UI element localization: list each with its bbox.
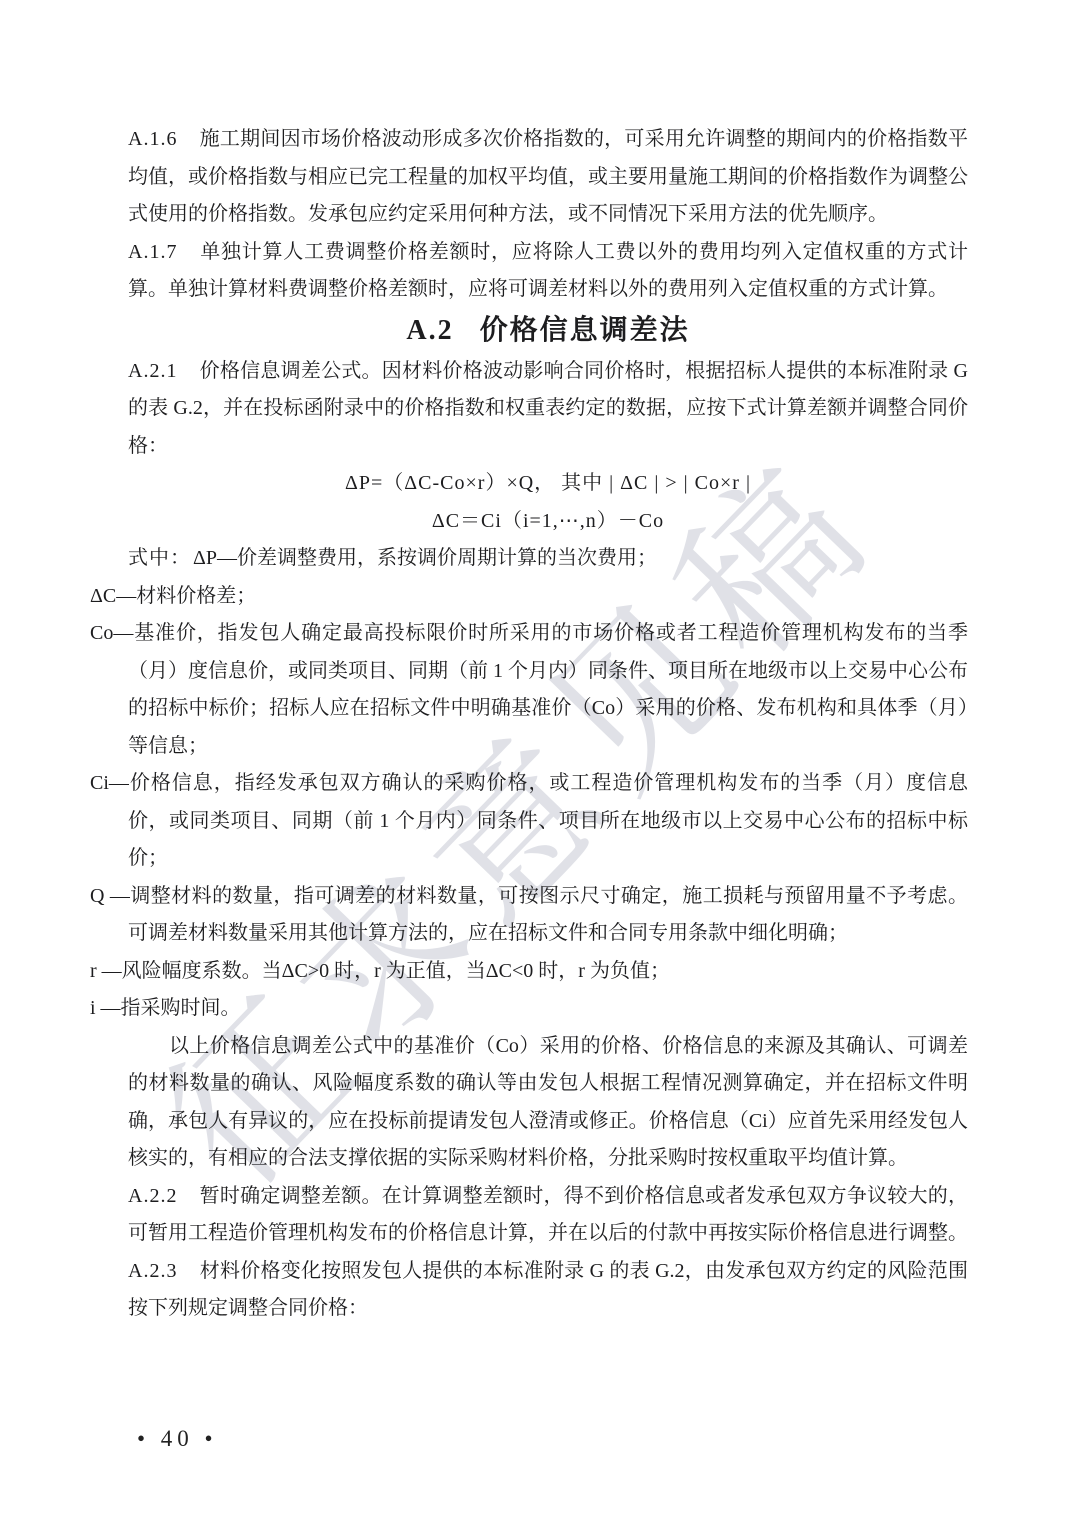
paragraph-confirmation: 以上价格信息调差公式中的基准价（Co）采用的价格、价格信息的来源及其确认、可调差… xyxy=(128,1028,968,1178)
definition-r: r —风险幅度系数。当ΔC>0 时，r 为正值，当ΔC<0 时，r 为负值； xyxy=(128,953,968,991)
clause-a17-text: 单独计算人工费调整价格差额时，应将除人工费以外的费用均列入定值权重的方式计算。单… xyxy=(128,241,968,301)
section-a2-heading: A.2价格信息调差法 xyxy=(128,309,968,353)
definition-delta-p: ΔP—价差调整费用，系按调价周期计算的当次费用； xyxy=(193,547,657,569)
clause-a23-label: A.2.3 xyxy=(128,1260,177,1282)
clause-a22-text: 暂时确定调整差额。在计算调整差额时，得不到价格信息或者发承包双方争议较大的，可暂… xyxy=(128,1185,968,1245)
formula-delta-p: ΔP=（ΔC-Co×r）×Q， 其中 | ΔC | > | Co×r | xyxy=(128,465,968,503)
clause-a21-label: A.2.1 xyxy=(128,360,177,382)
where-label: 式中： xyxy=(128,547,191,569)
clause-a21-text: 价格信息调差公式。因材料价格波动影响合同价格时，根据招标人提供的本标准附录 G … xyxy=(128,360,968,457)
page-number: • 40 • xyxy=(137,1426,218,1452)
clause-a22: A.2.2暂时确定调整差额。在计算调整差额时，得不到价格信息或者发承包双方争议较… xyxy=(128,1178,968,1253)
where-clause-line: 式中：ΔP—价差调整费用，系按调价周期计算的当次费用； xyxy=(128,540,968,578)
definition-ci: Ci—价格信息，指经发承包双方确认的采购价格，或工程造价管理机构发布的当季（月）… xyxy=(128,765,968,878)
clause-a17-label: A.1.7 xyxy=(128,241,177,263)
clause-a21: A.2.1价格信息调差公式。因材料价格波动影响合同价格时，根据招标人提供的本标准… xyxy=(128,353,968,466)
section-a2-number: A.2 xyxy=(406,315,453,346)
definition-q: Q —调整材料的数量，指可调差的材料数量，可按图示尺寸确定，施工损耗与预留用量不… xyxy=(128,878,968,953)
definition-delta-c: ΔC—材料价格差； xyxy=(128,578,968,616)
clause-a16-text: 施工期间因市场价格波动形成多次价格指数的，可采用允许调整的期间内的价格指数平均值… xyxy=(128,128,968,225)
clause-a23-text: 材料价格变化按照发包人提供的本标准附录 G 的表 G.2，由发承包双方约定的风险… xyxy=(128,1260,968,1320)
document-page: 征求意见稿 A.1.6施工期间因市场价格波动形成多次价格指数的，可采用允许调整的… xyxy=(0,0,1080,1526)
formula-delta-c: ΔC＝Ci（i=1,⋯,n）－Co xyxy=(128,503,968,541)
clause-a22-label: A.2.2 xyxy=(128,1185,177,1207)
page-content: A.1.6施工期间因市场价格波动形成多次价格指数的，可采用允许调整的期间内的价格… xyxy=(128,121,968,1328)
definition-co: Co—基准价，指发包人确定最高投标限价时所采用的市场价格或者工程造价管理机构发布… xyxy=(128,615,968,765)
section-a2-title: 价格信息调差法 xyxy=(480,315,690,346)
clause-a23: A.2.3材料价格变化按照发包人提供的本标准附录 G 的表 G.2，由发承包双方… xyxy=(128,1253,968,1328)
definition-i: i —指采购时间。 xyxy=(128,990,968,1028)
clause-a16: A.1.6施工期间因市场价格波动形成多次价格指数的，可采用允许调整的期间内的价格… xyxy=(128,121,968,234)
clause-a17: A.1.7单独计算人工费调整价格差额时，应将除人工费以外的费用均列入定值权重的方… xyxy=(128,234,968,309)
clause-a16-label: A.1.6 xyxy=(128,128,177,150)
